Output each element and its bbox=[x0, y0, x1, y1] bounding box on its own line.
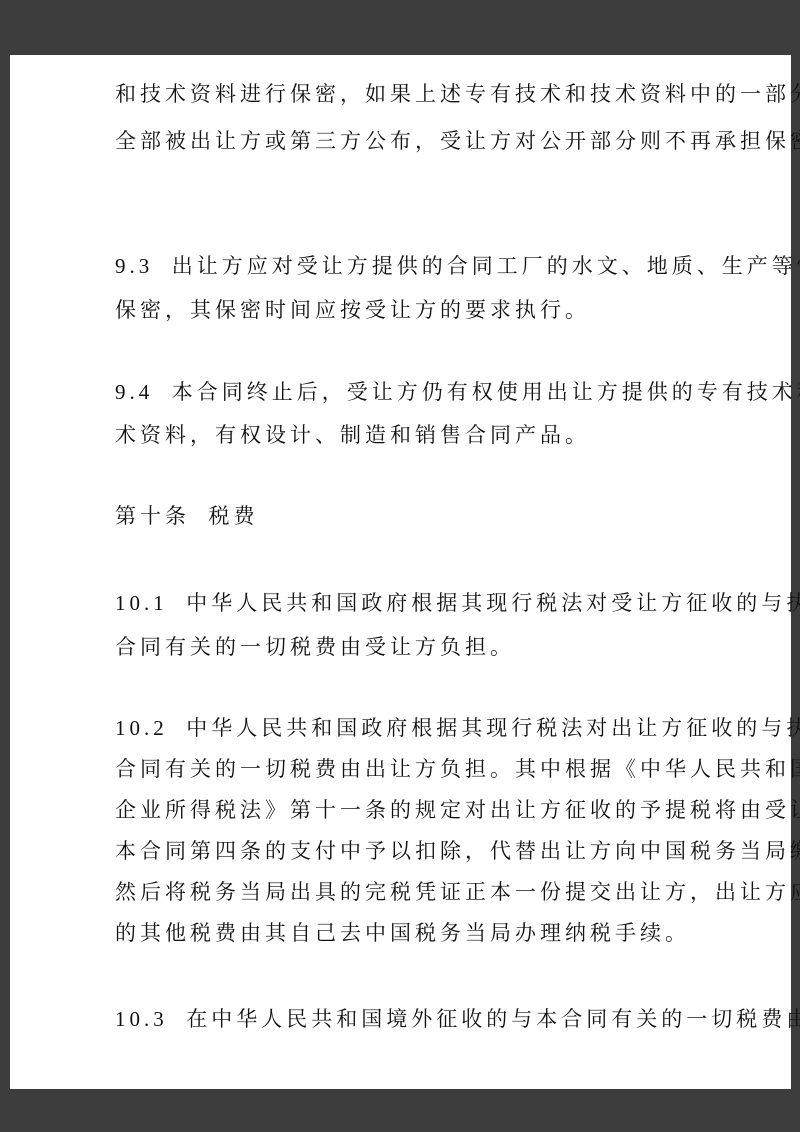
article-10-heading: 第十条 税费 bbox=[115, 503, 259, 530]
clause-10-2-line-3: 企业所得税法》第十一条的规定对出让方征收的予提税将由受让方从 bbox=[115, 797, 800, 824]
clause-10-2-line-6: 的其他税费由其自己去中国税务当局办理纳税手续。 bbox=[115, 920, 690, 947]
clause-10-2-line-2: 合同有关的一切税费由出让方负担。其中根据《中华人民共和国外国 bbox=[115, 756, 800, 783]
clause-10-1-line-1: 10.1 中华人民共和国政府根据其现行税法对受让方征收的与执行本 bbox=[115, 590, 800, 617]
clause-10-2-line-5: 然后将税务当局出具的完税凭证正本一份提交出让方，出让方应缴纳 bbox=[115, 879, 800, 906]
clause-9-4-line-1: 9.4 本合同终止后，受让方仍有权使用出让方提供的专有技术和技 bbox=[115, 379, 800, 406]
clause-9-3-line-1: 9.3 出让方应对受让方提供的合同工厂的水文、地质、生产等情况 bbox=[115, 253, 800, 280]
clause-9-2-line-2: 全部被出让方或第三方公布，受让方对公开部分则不再承担保密义务。 bbox=[115, 128, 800, 155]
clause-9-3-line-2: 保密，其保密时间应按受让方的要求执行。 bbox=[115, 297, 590, 324]
clause-10-2-line-1: 10.2 中华人民共和国政府根据其现行税法对出让方征收的与执行本 bbox=[115, 715, 800, 742]
viewer-frame: 和技术资料进行保密，如果上述专有技术和技术资料中的一部分或者 全部被出让方或第三… bbox=[0, 0, 800, 1132]
clause-9-4-line-2: 术资料，有权设计、制造和销售合同产品。 bbox=[115, 422, 590, 449]
clause-10-2-line-4: 本合同第四条的支付中予以扣除，代替出让方向中国税务当局缴纳， bbox=[115, 838, 800, 865]
clause-10-1-line-2: 合同有关的一切税费由受让方负担。 bbox=[115, 634, 515, 661]
document-page: 和技术资料进行保密，如果上述专有技术和技术资料中的一部分或者 全部被出让方或第三… bbox=[10, 55, 791, 1089]
clause-10-3-line-1: 10.3 在中华人民共和国境外征收的与本合同有关的一切税费由出让 bbox=[115, 1006, 800, 1033]
clause-9-2-line-1: 和技术资料进行保密，如果上述专有技术和技术资料中的一部分或者 bbox=[115, 81, 800, 108]
